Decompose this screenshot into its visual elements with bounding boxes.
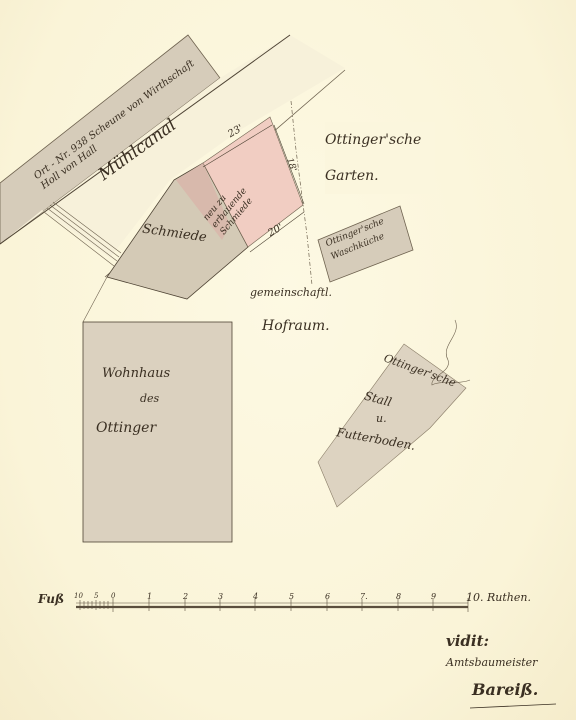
scale-tick-10-left: 10 <box>74 592 83 600</box>
signature-vidit: vidit: <box>446 632 489 650</box>
scale-unit-right: 10. Ruthen. <box>466 591 531 604</box>
signature-title: Amtsbaumeister <box>446 656 537 669</box>
label-ottinger-garten: Ottinger'sche Garten. <box>325 122 435 194</box>
label-hofraum-2: Hofraum. <box>262 318 330 334</box>
courtyard-line <box>83 277 107 322</box>
scale-tick-7: 7. <box>360 592 368 601</box>
scale-tick-0: 0 <box>111 592 115 600</box>
scale-tick-6: 6 <box>325 592 330 601</box>
scale-tick-4: 4 <box>253 592 258 601</box>
site-plan <box>0 0 576 720</box>
signature-name: Bareiß. <box>472 680 538 699</box>
map-sheet: Ort - Nr. 938 Scheune von Wirthschaft Ho… <box>0 0 576 720</box>
scale-unit-left: Fuß <box>38 592 64 606</box>
scale-bar <box>76 598 468 612</box>
scale-tick-3: 3 <box>218 592 223 601</box>
label-wohnhaus-1: Wohnhaus <box>102 366 170 381</box>
scale-tick-5: 5 <box>289 592 294 601</box>
label-stall-3: u. <box>376 412 387 425</box>
label-wohnhaus-3: Ottinger <box>96 420 156 436</box>
scale-tick-5-left: 5 <box>94 592 98 600</box>
scale-tick-2: 2 <box>183 592 188 601</box>
label-wohnhaus-2: des <box>140 392 159 405</box>
scale-tick-1: 1 <box>147 592 152 601</box>
label-hofraum-1: gemeinschaftl. <box>250 286 332 299</box>
scale-tick-8: 8 <box>396 592 401 601</box>
signature-underline <box>470 704 556 708</box>
scale-tick-9: 9 <box>431 592 436 601</box>
